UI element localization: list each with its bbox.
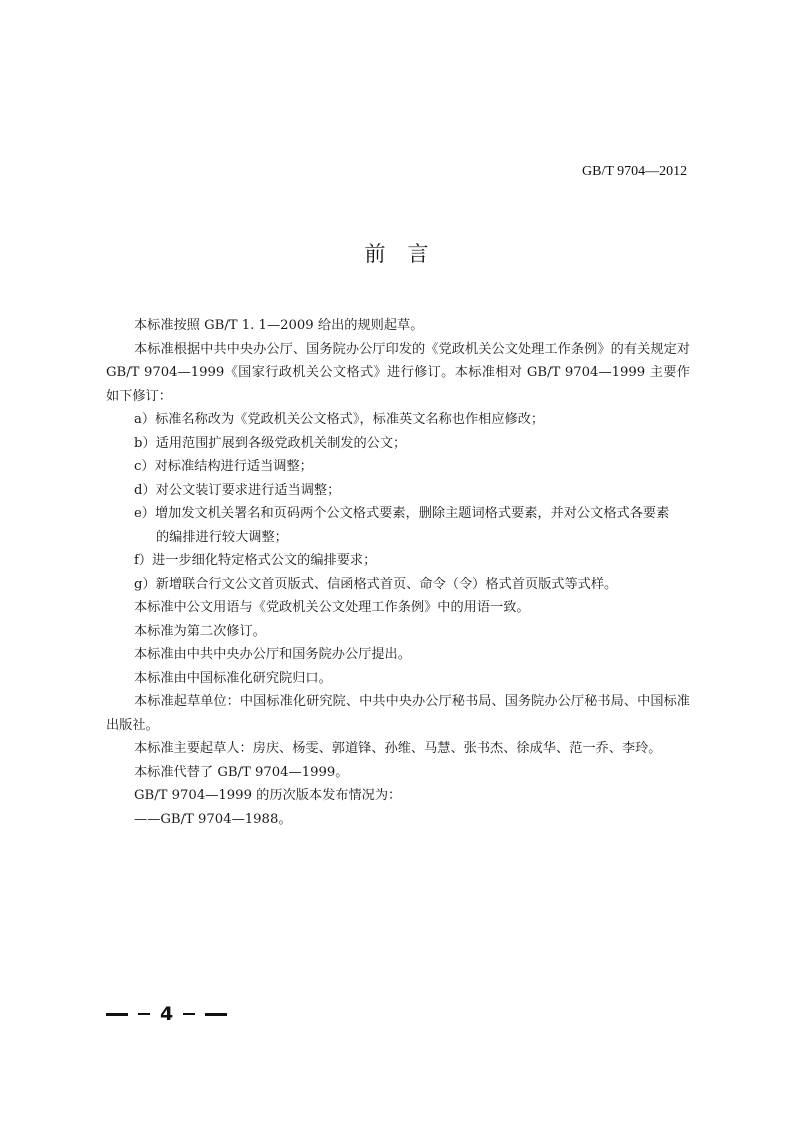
list-item: a）标准名称改为《党政机关公文格式》，标准英文名称也作相应修改； [106, 408, 690, 432]
item-text: 对标准结构进行适当调整； [155, 459, 313, 474]
paragraph-drafters: 本标准主要起草人：房庆、杨雯、郭道锋、孙维、马慧、张书杰、徐成华、范一乔、李玲。 [106, 737, 690, 761]
paragraph-proposer: 本标准由中共中央办公厅和国务院办公厅提出。 [106, 643, 690, 667]
item-text: 新增联合行文公文首页版式、信函格式首页、命令（令）格式首页版式等式样。 [156, 577, 618, 592]
footer-rule-left [106, 1013, 128, 1016]
item-text: 进一步细化特定格式公文的编排要求； [152, 553, 376, 568]
list-item: g）新增联合行文公文首页版式、信函格式首页、命令（令）格式首页版式等式样。 [106, 573, 690, 597]
foreword-body: 本标准按照 GB/T 1. 1—2009 给出的规则起草。 本标准根据中共中央办… [106, 314, 690, 831]
page-title: 前言 [0, 238, 793, 268]
item-label: b） [134, 436, 156, 451]
standard-code: GB/T 9704—2012 [582, 164, 687, 180]
paragraph-drafting-rules: 本标准按照 GB/T 1. 1—2009 给出的规则起草。 [106, 314, 690, 338]
revision-list: a）标准名称改为《党政机关公文格式》，标准英文名称也作相应修改； b）适用范围扩… [106, 408, 690, 596]
list-item: b）适用范围扩展到各级党政机关制发的公文； [106, 432, 690, 456]
item-label: f） [134, 553, 152, 568]
footer-dash-right [183, 1013, 195, 1016]
list-item: f）进一步细化特定格式公文的编排要求； [106, 549, 690, 573]
list-item: d）对公文装订要求进行适当调整； [106, 479, 690, 503]
item-text: 标准名称改为《党政机关公文格式》，标准英文名称也作相应修改； [155, 412, 544, 427]
footer-dash-left [138, 1013, 150, 1016]
list-item: e）增加发文机关署名和页码两个公文格式要素，删除主题词格式要素，并对公文格式各要… [106, 502, 690, 526]
paragraph-revision-basis: 本标准根据中共中央办公厅、国务院办公厅印发的《党政机关公文处理工作条例》的有关规… [106, 338, 690, 409]
paragraph-drafting-units: 本标准起草单位：中国标准化研究院、中共中央办公厅秘书局、国务院办公厅秘书局、中国… [106, 690, 690, 737]
item-label: g） [134, 577, 156, 592]
paragraph-terminology: 本标准中公文用语与《党政机关公文处理工作条例》中的用语一致。 [106, 596, 690, 620]
page-footer: 4 [106, 1003, 227, 1025]
paragraph-history-intro: GB/T 9704—1999 的历次版本发布情况为： [106, 784, 690, 808]
paragraph-revision-count: 本标准为第二次修订。 [106, 620, 690, 644]
paragraph-replaces: 本标准代替了 GB/T 9704—1999。 [106, 761, 690, 785]
page-number: 4 [160, 1003, 173, 1025]
item-label: c） [134, 459, 155, 474]
item-text: 增加发文机关署名和页码两个公文格式要素，删除主题词格式要素，并对公文格式各要素 [155, 506, 669, 521]
list-item: c）对标准结构进行适当调整； [106, 455, 690, 479]
item-label: d） [134, 483, 156, 498]
history-item: ——GB/T 9704—1988。 [106, 808, 690, 832]
item-label: a） [134, 412, 155, 427]
paragraph-administrator: 本标准由中国标准化研究院归口。 [106, 667, 690, 691]
item-text: 适用范围扩展到各级党政机关制发的公文； [156, 436, 407, 451]
list-item-continuation: 的编排进行较大调整； [106, 526, 690, 550]
item-text: 对公文装订要求进行适当调整； [156, 483, 341, 498]
footer-rule-right [205, 1013, 227, 1016]
item-label: e） [134, 506, 155, 521]
